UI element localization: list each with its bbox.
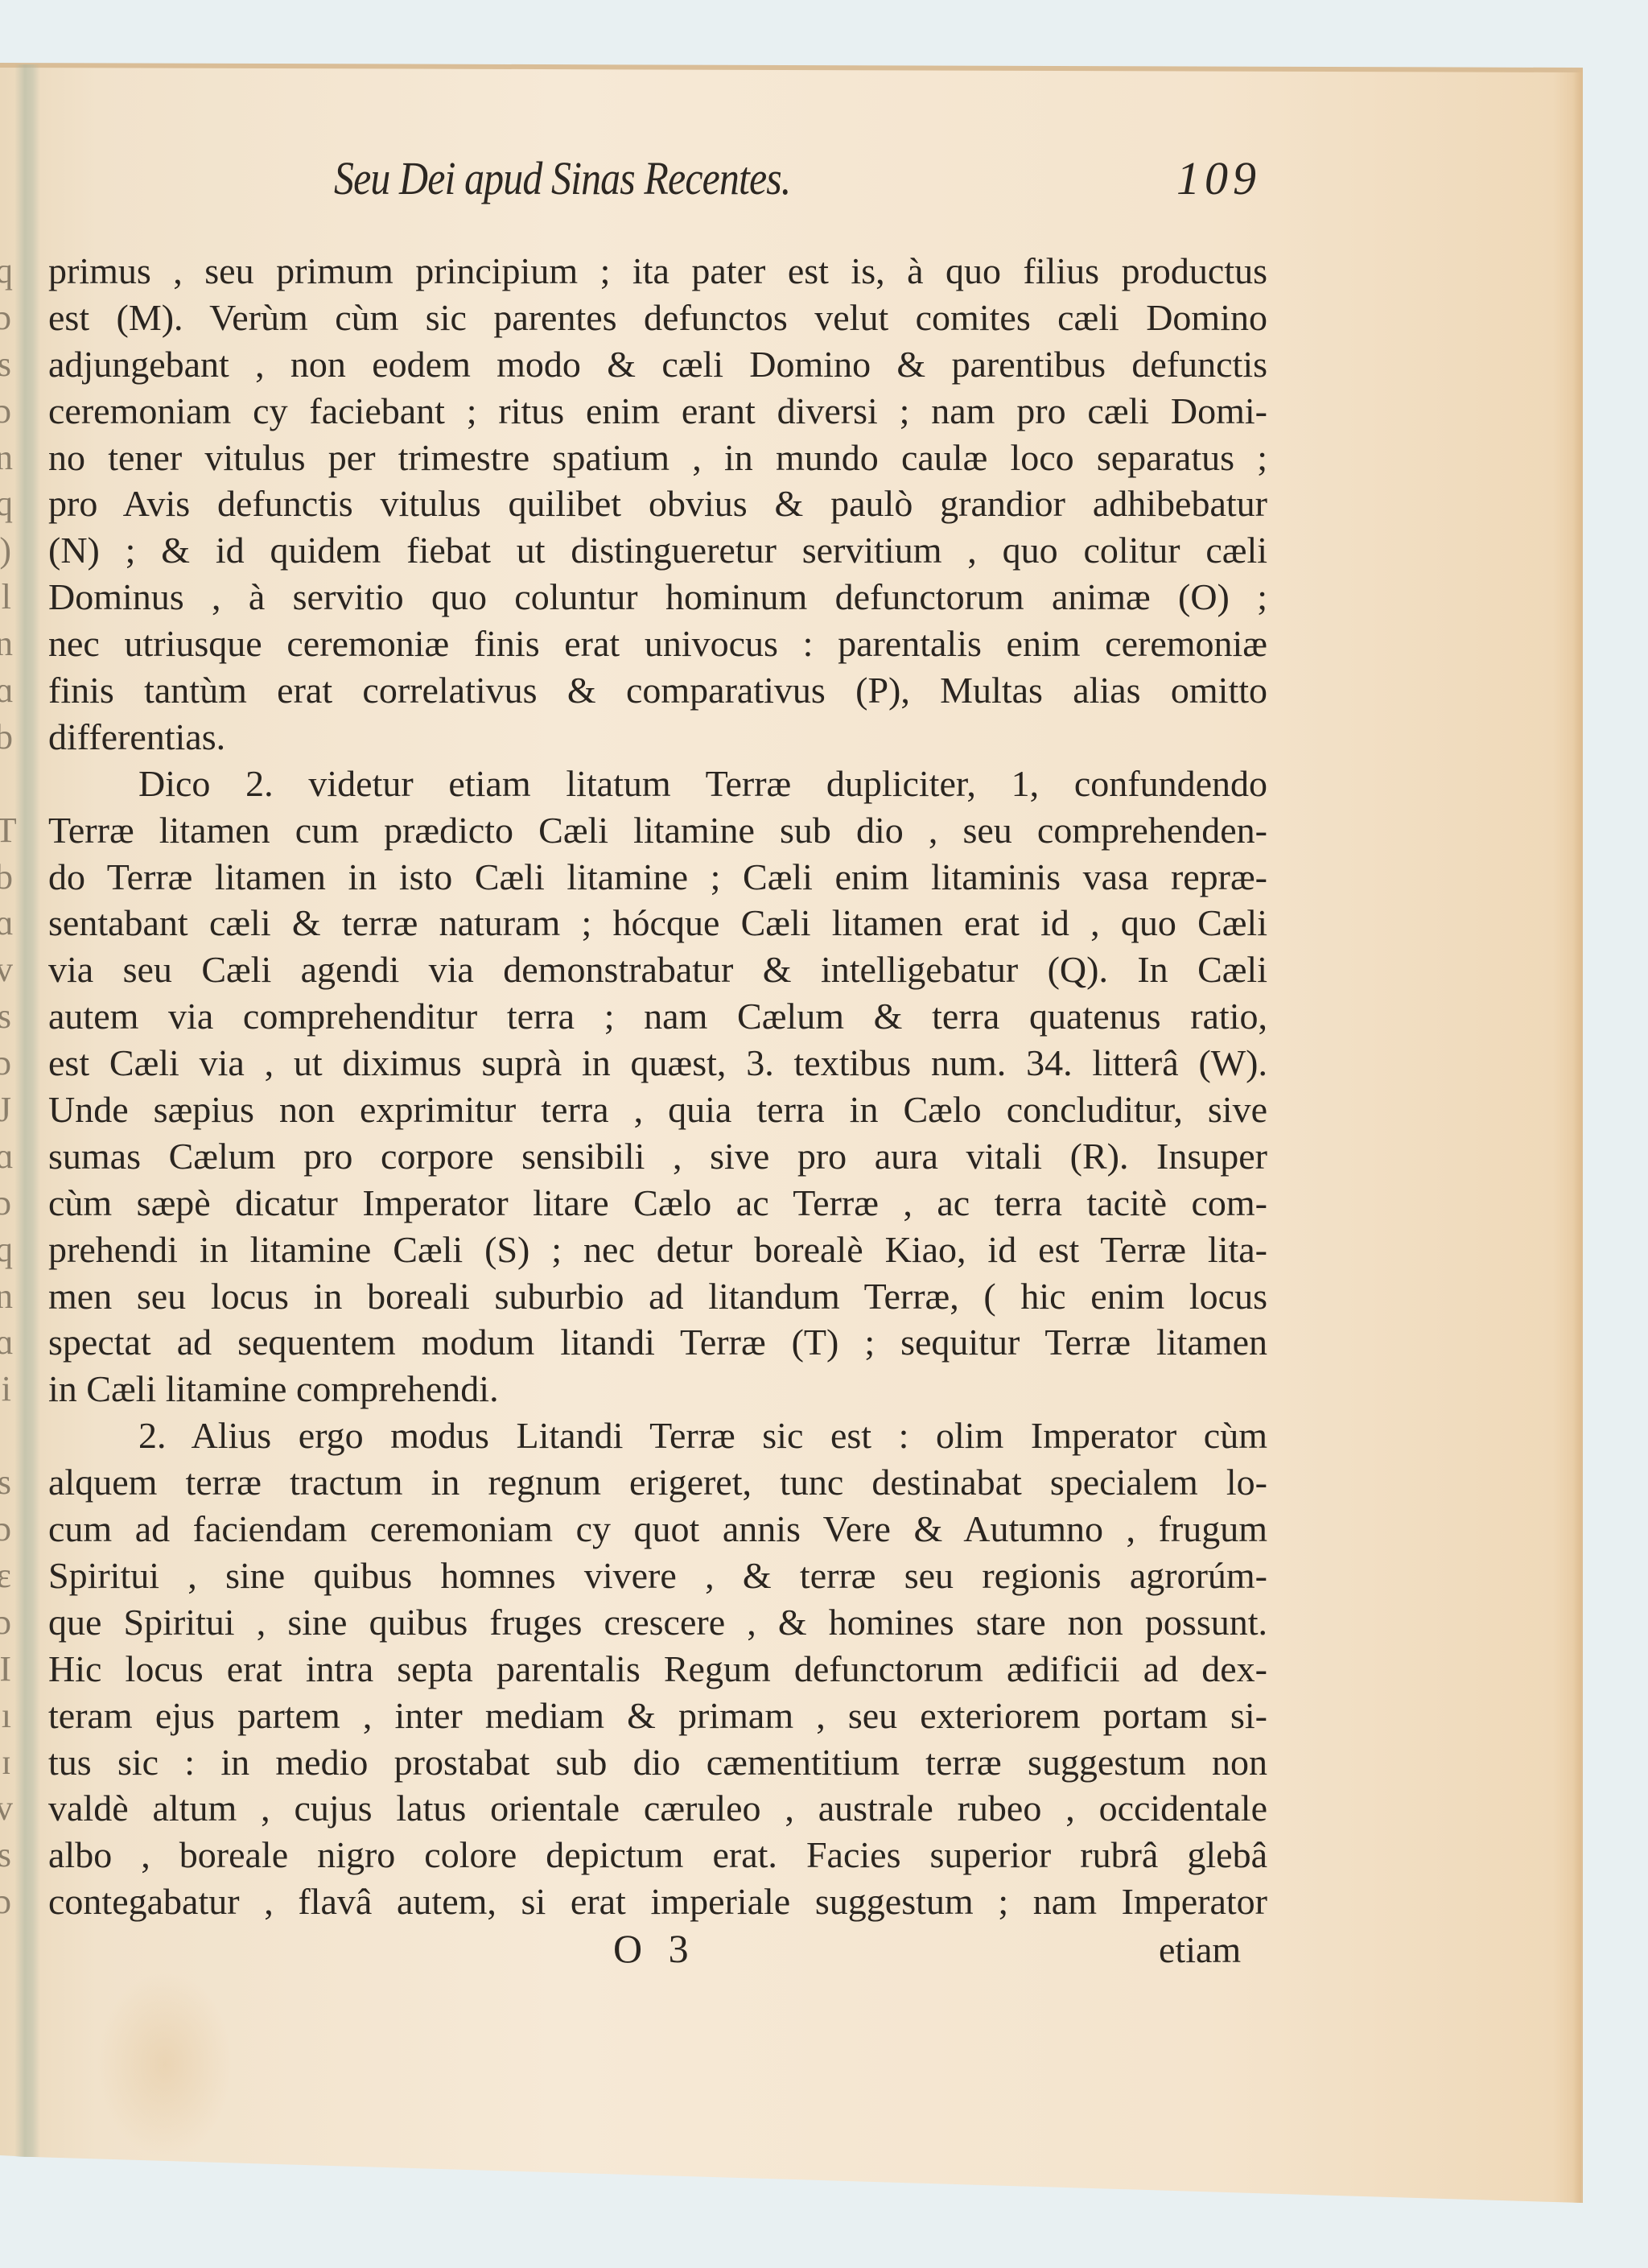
text-line: Hic locus erat intra septa parentalis Re… [48, 1646, 1267, 1693]
text-line: pro Avis defunctis vitulus quilibet obvi… [48, 480, 1267, 527]
catchword: etiam [1159, 1928, 1241, 1971]
text-line: finis tantùm erat correlativus & compara… [48, 667, 1267, 714]
page-number: 109 [1176, 151, 1261, 205]
body-text: primus , seu primum principium ; ita pat… [48, 248, 1267, 1925]
text-line: no tener vitulus per trimestre spatium ,… [48, 435, 1267, 481]
text-line: contegabatur , flavâ autem, si erat impe… [48, 1878, 1267, 1925]
signature-mark: O 3 [613, 1925, 697, 1972]
text-line: adjungebant , non eodem modo & cæli Domi… [48, 341, 1267, 388]
text-line: alquem terræ tractum in regnum erigeret,… [48, 1459, 1267, 1506]
text-line: men seu locus in boreali suburbio ad lit… [48, 1273, 1267, 1320]
text-line: valdè altum , cujus latus orientale cæru… [48, 1785, 1267, 1832]
text-line: nec utriusque ceremoniæ finis erat univo… [48, 621, 1267, 667]
text-line: sumas Cælum pro corpore sensibili , sive… [48, 1133, 1267, 1180]
running-head: Seu Dei apud Sinas Recentes. [334, 151, 790, 205]
text-line: teram ejus partem , inter mediam & prima… [48, 1693, 1267, 1739]
facing-page-fragments: q ɔ s ɔ n q ) l n ɑ b T b ɑ v s ɔ J ɑ ɔ … [0, 248, 16, 1925]
text-line-paragraph-end: differentias. [48, 714, 1267, 761]
text-line: (N) ; & id quidem fiebat ut distingueret… [48, 527, 1267, 574]
text-line: sentabant cæli & terræ naturam ; hócque … [48, 900, 1267, 946]
paper-stain [97, 1972, 233, 2157]
text-line: albo , boreale nigro colore depictum era… [48, 1832, 1267, 1878]
text-line: spectat ad sequentem modum litandi Terræ… [48, 1319, 1267, 1366]
text-line: autem via comprehenditur terra ; nam Cæl… [48, 993, 1267, 1040]
page-right-edge [1573, 69, 1583, 2203]
text-line: est Cæli via , ut diximus suprà in quæst… [48, 1040, 1267, 1087]
text-line: est (M). Verùm cùm sic parentes defuncto… [48, 295, 1267, 341]
text-line: Dominus , à servitio quo coluntur hominu… [48, 574, 1267, 621]
text-line: via seu Cæli agendi via demonstrabatur &… [48, 946, 1267, 993]
text-line: Spiritui , sine quibus homnes vivere , &… [48, 1553, 1267, 1599]
text-line: tus sic : in medio prostabat sub dio cæm… [48, 1739, 1267, 1786]
text-line-paragraph-start: 2. Alius ergo modus Litandi Terræ sic es… [48, 1412, 1267, 1459]
text-line: primus , seu primum principium ; ita pat… [48, 248, 1267, 295]
text-line: Unde sæpius non exprimitur terra , quia … [48, 1087, 1267, 1133]
text-line-paragraph-start: Dico 2. videtur etiam litatum Terræ dupl… [48, 761, 1267, 807]
text-line: que Spiritui , sine quibus fruges cresce… [48, 1599, 1267, 1646]
text-line: prehendi in litamine Cæli (S) ; nec detu… [48, 1227, 1267, 1273]
text-line: ceremoniam cy faciebant ; ritus enim era… [48, 388, 1267, 435]
gutter-shadow [14, 64, 40, 2157]
text-line: Terræ litamen cum prædicto Cæli litamine… [48, 807, 1267, 854]
text-line: do Terræ litamen in isto Cæli litamine ;… [48, 854, 1267, 901]
text-line-paragraph-end: in Cæli litamine comprehendi. [48, 1366, 1267, 1412]
text-line: cum ad faciendam ceremoniam cy quot anni… [48, 1506, 1267, 1553]
text-line: cùm sæpè dicatur Imperator litare Cælo a… [48, 1180, 1267, 1227]
